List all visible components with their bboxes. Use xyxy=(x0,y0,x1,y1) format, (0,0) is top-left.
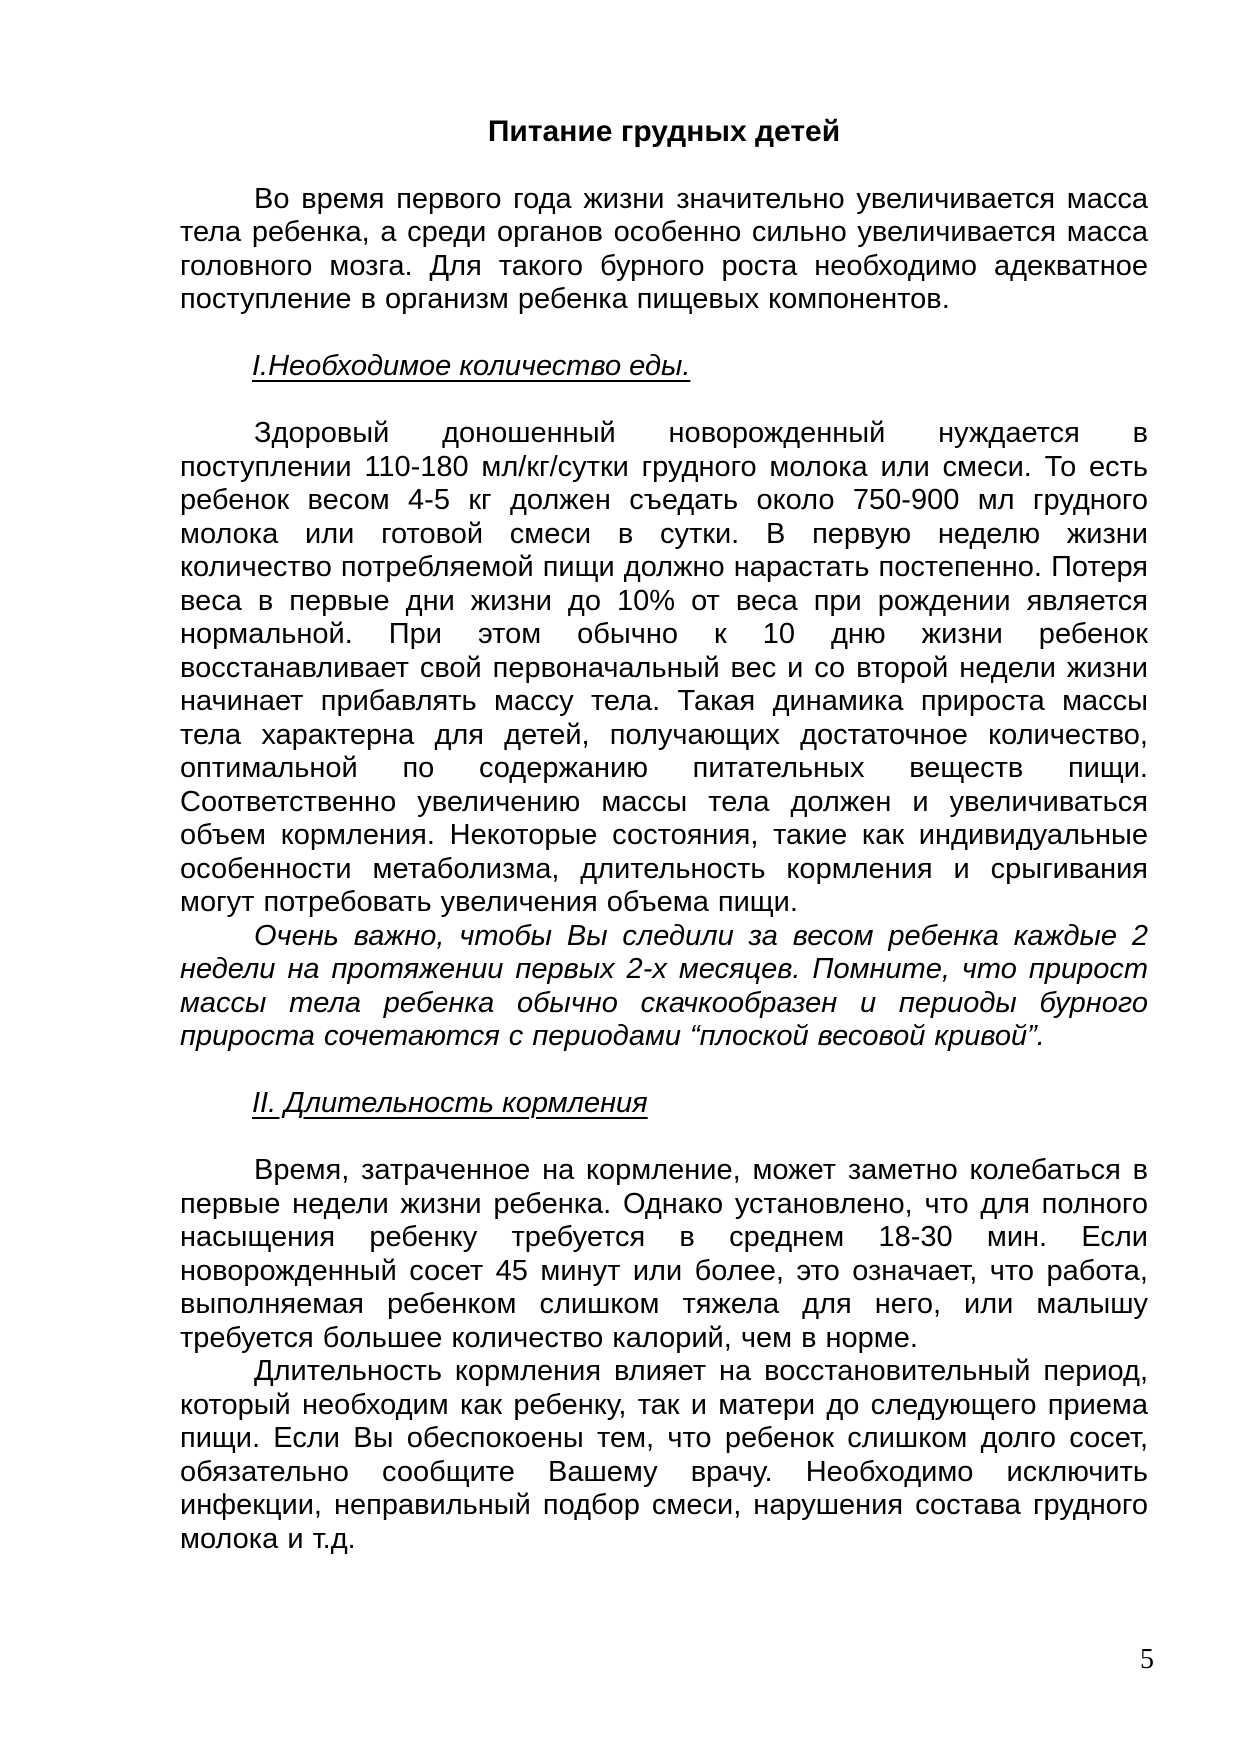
section2-paragraph-2: Длительность кормления влияет на восстан… xyxy=(180,1355,1148,1556)
section2-paragraph-1: Время, затраченное на кормление, может з… xyxy=(180,1154,1148,1355)
blank-line xyxy=(180,384,1148,418)
section2-heading-text: II. Длительность кормления xyxy=(252,1087,648,1119)
blank-line xyxy=(180,1121,1148,1155)
page-title: Питание грудных детей xyxy=(180,115,1148,149)
section1-heading: I.Необходимое количество еды. xyxy=(180,350,1148,384)
document-page: Питание грудных детей Во время первого г… xyxy=(0,0,1240,1754)
section2-heading: II. Длительность кормления xyxy=(180,1087,1148,1121)
section1-paragraph-1: Здоровый доношенный новорожденный нуждае… xyxy=(180,417,1148,920)
section1-heading-text: I.Необходимое количество еды. xyxy=(252,350,690,382)
intro-paragraph: Во время первого года жизни значительно … xyxy=(180,183,1148,317)
page-number: 5 xyxy=(1140,1643,1154,1677)
blank-line xyxy=(180,1054,1148,1088)
section1-paragraph-2-italic: Очень важно, чтобы Вы следили за весом р… xyxy=(180,920,1148,1054)
blank-line xyxy=(180,317,1148,351)
blank-line xyxy=(180,149,1148,183)
text-block: Питание грудных детей Во время первого г… xyxy=(180,115,1148,1556)
